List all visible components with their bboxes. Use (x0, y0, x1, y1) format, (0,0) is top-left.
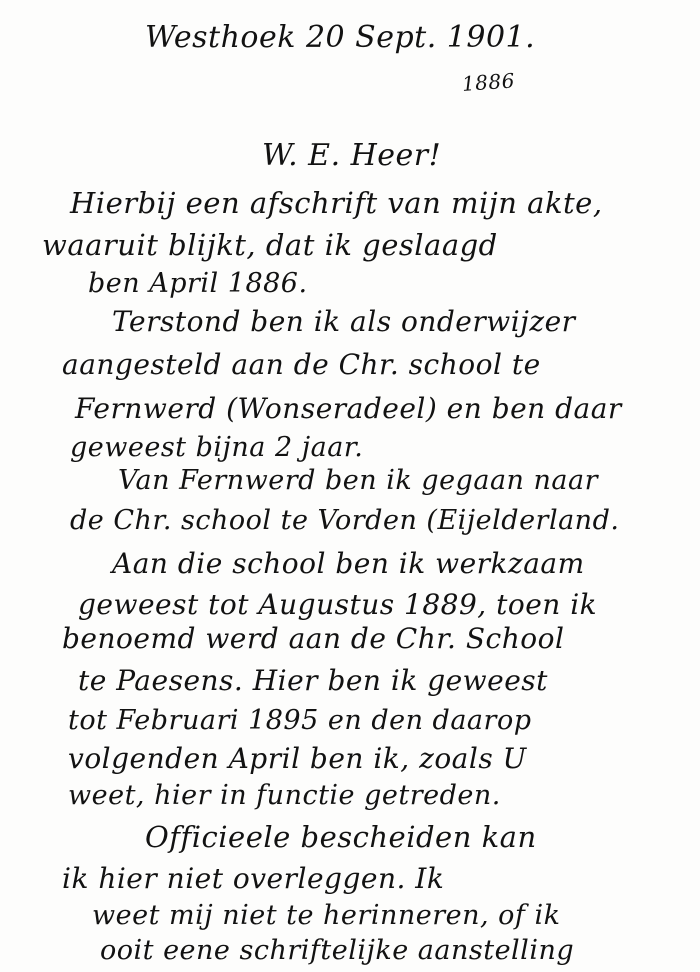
letter-line: Hierbij een afschrift van mijn akte, (70, 186, 603, 220)
letter-line: geweest tot Augustus 1889, toen ik (78, 588, 597, 621)
letter-line: Fernwerd (Wonseradeel) en ben daar (75, 392, 622, 425)
letter-line: aangesteld aan de Chr. school te (62, 348, 541, 381)
margin-note-year: 1886 (461, 68, 515, 96)
letter-line: Officieele bescheiden kan (145, 820, 537, 854)
letter-line: ik hier niet overleggen. Ik (62, 862, 444, 895)
letter-line: Aan die school ben ik werkzaam (112, 547, 585, 580)
letter-line: ooit eene schriftelijke aanstelling (100, 935, 574, 966)
letter-page: Westhoek 20 Sept. 1901. 1886 W. E. Heer!… (0, 0, 700, 972)
letter-line: tot Februari 1895 en den daarop (68, 705, 531, 736)
letter-line: waaruit blijkt, dat ik geslaagd (42, 228, 498, 262)
letter-line: ben April 1886. (88, 268, 308, 299)
letter-line: volgenden April ben ik, zoals U (68, 742, 527, 775)
letter-line: geweest bijna 2 jaar. (70, 432, 363, 463)
letter-line: Terstond ben ik als onderwijzer (112, 305, 576, 338)
place-date: Westhoek 20 Sept. 1901. (145, 20, 535, 55)
letter-line: weet, hier in functie getreden. (68, 780, 501, 811)
letter-line: Van Fernwerd ben ik gegaan naar (118, 465, 598, 496)
letter-line: de Chr. school te Vorden (Eijelderland. (70, 505, 619, 536)
letter-line: weet mij niet te herinneren, of ik (92, 900, 560, 931)
letter-line: benoemd werd aan de Chr. School (62, 622, 564, 655)
salutation: W. E. Heer! (262, 138, 441, 173)
letter-line: te Paesens. Hier ben ik geweest (78, 664, 548, 697)
